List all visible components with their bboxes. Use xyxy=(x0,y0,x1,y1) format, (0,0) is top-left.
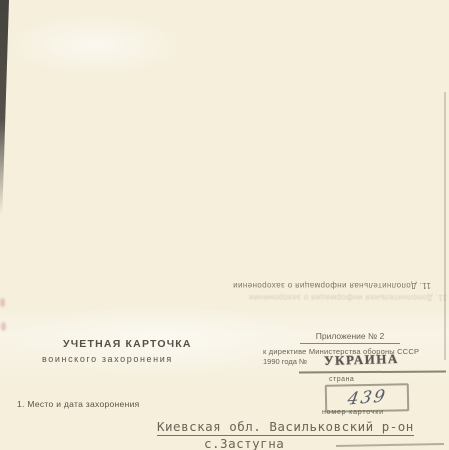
card-number-label: номер карточки xyxy=(322,409,384,416)
paper-smudge xyxy=(1,322,6,331)
burial-location-village: с.Застугна xyxy=(204,436,284,450)
section-1-heading: 1. Место и дата захоронения xyxy=(17,399,140,409)
bottom-underline xyxy=(336,443,444,447)
card-title: УЧЕТНАЯ КАРТОЧКА xyxy=(63,338,192,350)
upside-down-section-heading: 11. Дополнительная информация о захороне… xyxy=(203,281,431,290)
card-subtitle: воинского захоронения xyxy=(42,354,173,364)
country-label: страна xyxy=(329,376,354,383)
handwritten-card-number: 439 xyxy=(346,386,388,409)
paper-smudge xyxy=(0,298,5,307)
burial-location-region: Киевская обл. Васильковский р-он xyxy=(157,419,414,436)
country-underline xyxy=(299,370,446,373)
annex-number-line: Приложение № 2 xyxy=(300,331,400,344)
upside-down-section-heading-ghost: 11. Дополнительная информация о захороне… xyxy=(212,293,447,302)
paper-fold-line xyxy=(444,92,446,360)
scanned-burial-card: 11. Дополнительная информация о захороне… xyxy=(0,0,449,450)
scan-edge-shadow xyxy=(0,0,9,215)
country-stamp: УКРАИНА xyxy=(324,351,399,369)
annex-year-line: 1990 года № xyxy=(263,357,307,366)
